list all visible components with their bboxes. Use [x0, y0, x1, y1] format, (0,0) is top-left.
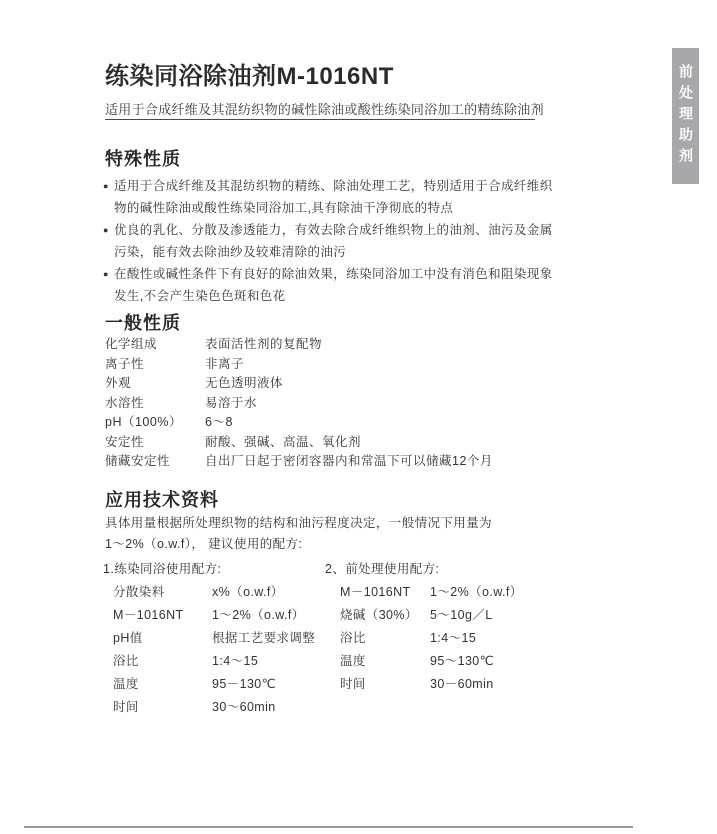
- table-row: M－1016NT 1～2%（o.w.f）: [113, 604, 315, 627]
- table-row: 烧碱（30%） 5～10g／L: [340, 604, 523, 627]
- row-value: 30－60min: [430, 673, 494, 696]
- row-value: 95－130℃: [212, 673, 276, 696]
- row-label: 浴比: [340, 627, 430, 650]
- list-item: ● 适用于合成纤维及其混纺织物的精练、除油处理工艺，特别适用于合成纤维织物的碱性…: [103, 175, 565, 219]
- row-label: 离子性: [105, 355, 205, 375]
- row-label: 安定性: [105, 433, 205, 453]
- row-label: M－1016NT: [113, 604, 212, 627]
- row-label: 温度: [340, 650, 430, 673]
- bullet-icon: ●: [103, 219, 114, 241]
- row-label: 分散染料: [113, 581, 212, 604]
- section-heading-general-properties: 一般性质: [105, 309, 181, 335]
- table-row: 水溶性 易溶于水: [105, 394, 493, 414]
- recipe-title: 2、前处理使用配方:: [325, 558, 523, 581]
- page-footer-divider: [24, 826, 633, 828]
- row-value: 根据工艺要求调整: [212, 627, 315, 650]
- row-value: 自出厂日起于密闭容器内和常温下可以储藏12个月: [205, 452, 493, 472]
- title-divider: [105, 119, 535, 120]
- row-value: 1:4～15: [430, 627, 476, 650]
- table-row: 时间 30～60min: [113, 696, 315, 719]
- table-row: 外观 无色透明液体: [105, 374, 493, 394]
- row-value: 5～10g／L: [430, 604, 493, 627]
- row-value: 1:4～15: [212, 650, 258, 673]
- row-label: pH值: [113, 627, 212, 650]
- table-row: 浴比 1:4～15: [113, 650, 315, 673]
- list-item: ● 优良的乳化、分散及渗透能力，有效去除合成纤维织物上的油剂、油污及金属污染，能…: [103, 219, 565, 263]
- row-value: 1～2%（o.w.f）: [212, 604, 305, 627]
- row-label: 浴比: [113, 650, 212, 673]
- table-row: 时间 30－60min: [340, 673, 523, 696]
- page-title: 练染同浴除油剂M-1016NT: [105, 56, 394, 91]
- table-row: pH（100%） 6～8: [105, 413, 493, 433]
- row-label: pH（100%）: [105, 413, 205, 433]
- row-value: x%（o.w.f）: [212, 581, 284, 604]
- table-row: 分散染料 x%（o.w.f）: [113, 581, 315, 604]
- page-subtitle: 适用于合成纤维及其混纺织物的碱性除油或酸性练染同浴加工的精练除油剂: [105, 99, 544, 118]
- table-row: 温度 95－130℃: [113, 673, 315, 696]
- bullet-text: 优良的乳化、分散及渗透能力，有效去除合成纤维织物上的油剂、油污及金属污染，能有效…: [114, 219, 565, 263]
- row-label: 外观: [105, 374, 205, 394]
- recipe-rows: 分散染料 x%（o.w.f） M－1016NT 1～2%（o.w.f） pH值 …: [113, 581, 315, 719]
- bullet-icon: ●: [103, 175, 114, 197]
- application-intro-line1: 具体用量根据所处理织物的结构和油污程度决定，一般情况下用量为: [105, 513, 585, 534]
- row-value: 1～2%（o.w.f）: [430, 581, 523, 604]
- row-value: 易溶于水: [205, 394, 257, 414]
- row-value: 非离子: [205, 355, 244, 375]
- section-heading-application-data: 应用技术资料: [105, 486, 219, 512]
- table-row: 浴比 1:4～15: [340, 627, 523, 650]
- bullet-text: 在酸性或碱性条件下有良好的除油效果，练染同浴加工中没有消色和阻染现象发生,不会产…: [114, 263, 565, 307]
- row-value: 6～8: [205, 413, 233, 433]
- table-row: 化学组成 表面活性剂的复配物: [105, 335, 493, 355]
- row-label: 水溶性: [105, 394, 205, 414]
- row-label: 烧碱（30%）: [340, 604, 430, 627]
- application-intro: 具体用量根据所处理织物的结构和油污程度决定，一般情况下用量为 1～2%（o.w.…: [105, 513, 585, 555]
- general-properties-table: 化学组成 表面活性剂的复配物 离子性 非离子 外观 无色透明液体 水溶性 易溶于…: [105, 335, 493, 472]
- recipe-dyeing-bath: 1.练染同浴使用配方: 分散染料 x%（o.w.f） M－1016NT 1～2%…: [103, 558, 315, 719]
- table-row: M－1016NT 1～2%（o.w.f）: [340, 581, 523, 604]
- table-row: 温度 95～130℃: [340, 650, 523, 673]
- side-tab-label: 前处理助剂: [672, 64, 699, 169]
- bullet-icon: ●: [103, 263, 114, 285]
- table-row: 安定性 耐酸、强碱、高温、氧化剂: [105, 433, 493, 453]
- row-value: 95～130℃: [430, 650, 494, 673]
- table-row: 离子性 非离子: [105, 355, 493, 375]
- row-label: 温度: [113, 673, 212, 696]
- table-row: pH值 根据工艺要求调整: [113, 627, 315, 650]
- row-label: 时间: [113, 696, 212, 719]
- row-label: 储藏安定性: [105, 452, 205, 472]
- recipe-title: 1.练染同浴使用配方:: [103, 558, 315, 581]
- table-row: 储藏安定性 自出厂日起于密闭容器内和常温下可以储藏12个月: [105, 452, 493, 472]
- row-value: 30～60min: [212, 696, 276, 719]
- section-heading-special-properties: 特殊性质: [105, 145, 181, 171]
- row-label: M－1016NT: [340, 581, 430, 604]
- recipe-pretreatment: 2、前处理使用配方: M－1016NT 1～2%（o.w.f） 烧碱（30%） …: [325, 558, 523, 696]
- row-label: 时间: [340, 673, 430, 696]
- recipe-rows: M－1016NT 1～2%（o.w.f） 烧碱（30%） 5～10g／L 浴比 …: [340, 581, 523, 696]
- list-item: ● 在酸性或碱性条件下有良好的除油效果，练染同浴加工中没有消色和阻染现象发生,不…: [103, 263, 565, 307]
- side-tab-pretreatment-auxiliaries: 前处理助剂: [672, 48, 699, 184]
- special-properties-list: ● 适用于合成纤维及其混纺织物的精练、除油处理工艺，特别适用于合成纤维织物的碱性…: [103, 175, 565, 307]
- row-value: 表面活性剂的复配物: [205, 335, 322, 355]
- application-intro-line2: 1～2%（o.w.f）， 建议使用的配方:: [105, 534, 585, 555]
- row-value: 耐酸、强碱、高温、氧化剂: [205, 433, 361, 453]
- row-value: 无色透明液体: [205, 374, 283, 394]
- row-label: 化学组成: [105, 335, 205, 355]
- datasheet-page: 练染同浴除油剂M-1016NT 适用于合成纤维及其混纺织物的碱性除油或酸性练染同…: [0, 0, 717, 834]
- bullet-text: 适用于合成纤维及其混纺织物的精练、除油处理工艺，特别适用于合成纤维织物的碱性除油…: [114, 175, 565, 219]
